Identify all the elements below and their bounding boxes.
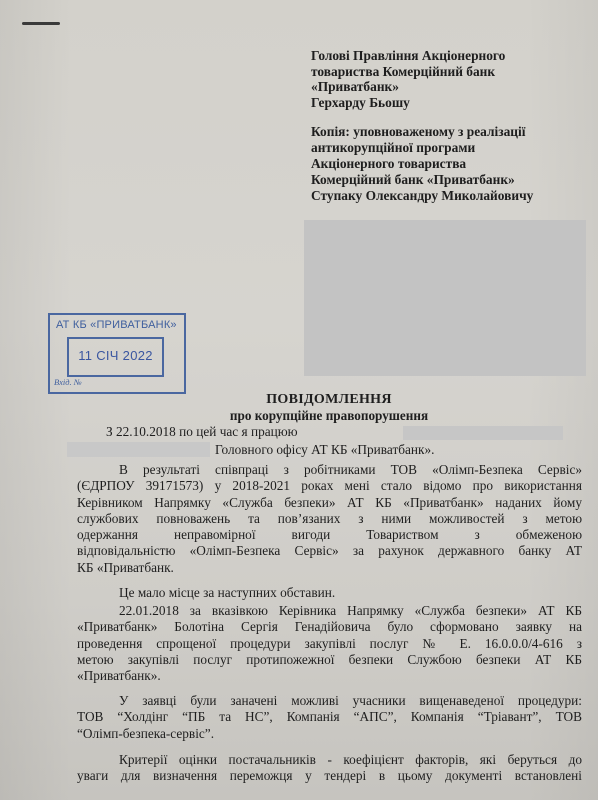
text-line: КБ «Приватбанк. <box>77 560 582 576</box>
text-line: «Приватбанк». <box>77 668 582 684</box>
addressee-line: «Приватбанк» <box>311 79 596 95</box>
document-title: ПОВІДОМЛЕННЯ <box>0 392 598 408</box>
text-line: В результаті співпраці з робітниками ТОВ… <box>77 462 582 478</box>
stamp-date-box: 11 СІЧ 2022 <box>67 337 164 377</box>
text-line: «Приватбанк» Болотіна Сергія Генадійович… <box>77 619 582 635</box>
text-line: Керівником Напрямку «Служба безпеки» АТ … <box>77 495 582 511</box>
redaction-position <box>403 426 563 440</box>
text-line: (ЄДРПОУ 39171573) у 2018-2021 роках мені… <box>77 478 582 494</box>
document-subtitle: про корупційне правопорушення <box>0 408 598 424</box>
addressee-line: Голові Правління Акціонерного <box>311 48 596 64</box>
text-line: Критерії оцінки постачальників - коефіці… <box>77 752 582 768</box>
incoming-stamp: АТ КБ «ПРИВАТБАНК» 11 СІЧ 2022 Вхід. № <box>48 313 186 394</box>
addressee-line: товариства Комерційний банк <box>311 64 596 80</box>
text-line: Це мало місце за наступних обставин. <box>77 585 582 601</box>
text-line: відповідальністю «Олімп-Безпека Сервіс» … <box>77 543 582 559</box>
stamp-incoming-label: Вхід. № <box>54 377 82 387</box>
stamp-bank-name: АТ КБ «ПРИВАТБАНК» <box>56 319 177 331</box>
copy-line: Акціонерного товариства <box>311 156 596 172</box>
copy-line: Копія: уповноваженому з реалізації <box>311 124 596 140</box>
paragraph-2: Це мало місце за наступних обставин. <box>77 585 582 601</box>
paragraph-1: В результаті співпраці з робітниками ТОВ… <box>77 462 582 576</box>
copy-recipient-block: Копія: уповноваженому з реалізації антик… <box>311 124 596 204</box>
addressee-block: Голові Правління Акціонерного товариства… <box>311 48 596 110</box>
intro-line-1: З 22.10.2018 по цей час я працюю <box>106 424 298 440</box>
addressee-line: Герхарду Бьошу <box>311 95 596 111</box>
redaction-box-sender <box>304 220 586 376</box>
pen-mark <box>22 22 60 25</box>
text-line: 22.01.2018 за вказівкою Керівника Напрям… <box>77 603 582 619</box>
text-line: метою закупівлі послуг протипожежної без… <box>77 652 582 668</box>
text-line: “Олімп-безпека-сервіс”. <box>77 726 582 742</box>
copy-line: Ступаку Олександру Миколайовичу <box>311 188 596 204</box>
copy-line: антикорупційної програми <box>311 140 596 156</box>
intro-line-2: Головного офісу АТ КБ «Приватбанк». <box>215 442 434 458</box>
stamp-date: 11 СІЧ 2022 <box>69 348 162 363</box>
paragraph-3: 22.01.2018 за вказівкою Керівника Напрям… <box>77 603 582 684</box>
redaction-department <box>67 442 210 457</box>
paragraph-5: Критерії оцінки постачальників - коефіці… <box>77 752 582 785</box>
text-line: уваги для визначення переможця у тендері… <box>77 768 582 784</box>
text-line: службових повноважень та пов’язаних з ни… <box>77 511 582 527</box>
text-line: У заявці були заначені можливі учасники … <box>77 693 582 709</box>
scanned-letter-page: Голові Правління Акціонерного товариства… <box>0 0 598 800</box>
copy-line: Комерційний банк «Приватбанк» <box>311 172 596 188</box>
paragraph-4: У заявці були заначені можливі учасники … <box>77 693 582 742</box>
text-line: ТОВ “Холдінг “ПБ та НС”, Компанія “АПС”,… <box>77 709 582 725</box>
text-line: одержання неправомірної вигоди Товариств… <box>77 527 582 543</box>
text-line: проведення спрощеної процедури закупівлі… <box>77 636 582 652</box>
